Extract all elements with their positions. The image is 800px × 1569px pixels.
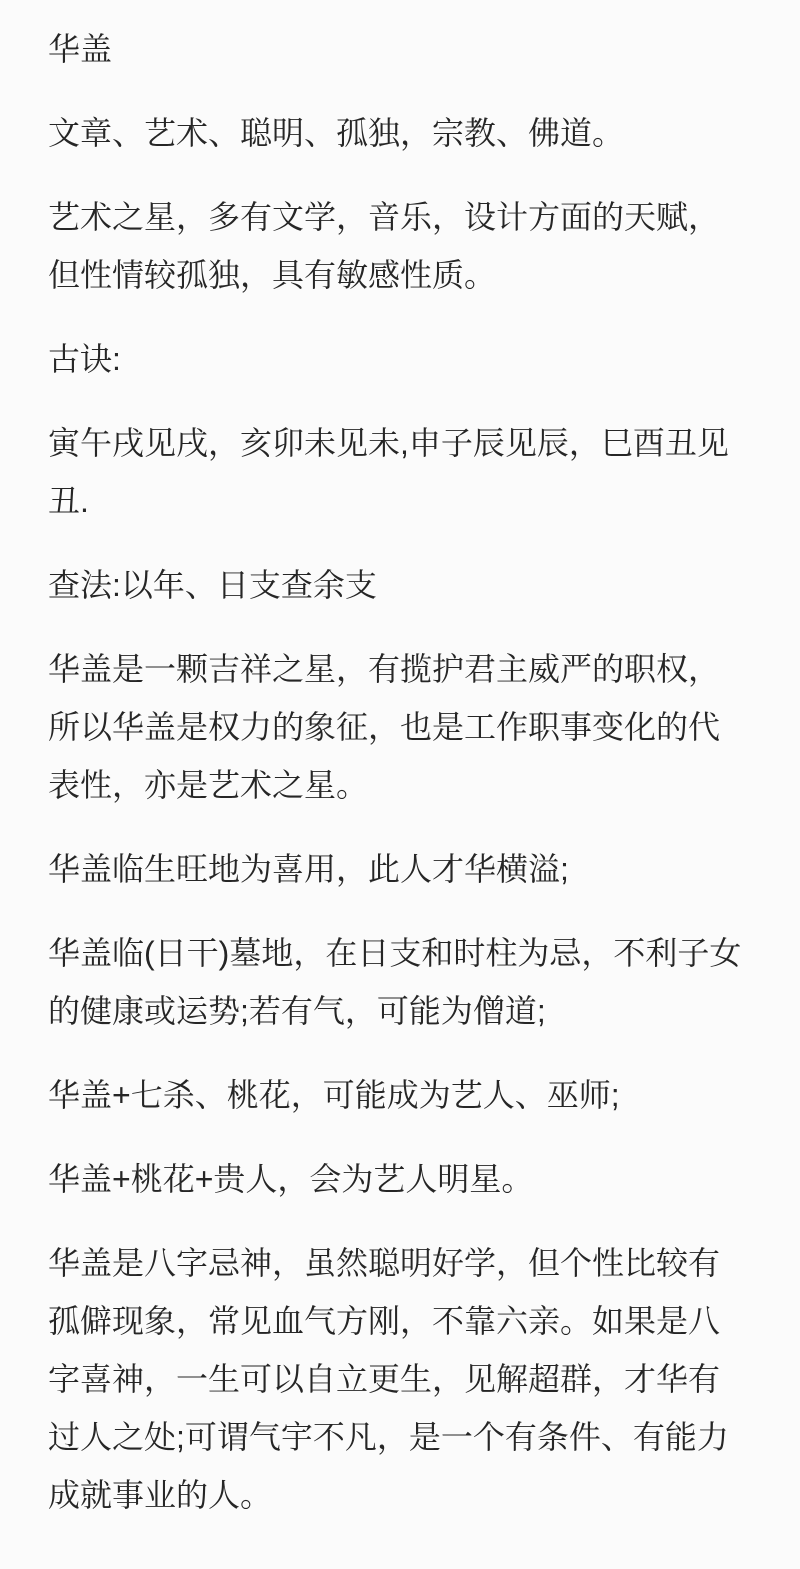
article-body: 文章、艺术、聪明、孤独，宗教、佛道。艺术之星，多有文学，音乐，设计方面的天赋，但… (48, 104, 750, 1524)
paragraph-3: 古诀: (48, 330, 750, 388)
paragraph-11: 华盖是八字忌神，虽然聪明好学，但个性比较有孤僻现象，常见血气方刚，不靠六亲。如果… (48, 1234, 750, 1524)
paragraph-4: 寅午戌见戌，亥卯未见未,申子辰见辰，巳酉丑见丑. (48, 414, 750, 530)
paragraph-6: 华盖是一颗吉祥之星，有揽护君主威严的职权，所以华盖是权力的象征，也是工作职事变化… (48, 640, 750, 814)
paragraph-5: 查法:以年、日支查余支 (48, 556, 750, 614)
paragraph-2: 艺术之星，多有文学，音乐，设计方面的天赋，但性情较孤独，具有敏感性质。 (48, 188, 750, 304)
paragraph-1: 文章、艺术、聪明、孤独，宗教、佛道。 (48, 104, 750, 162)
paragraph-7: 华盖临生旺地为喜用，此人才华横溢; (48, 840, 750, 898)
paragraph-9: 华盖+七杀、桃花，可能成为艺人、巫师; (48, 1066, 750, 1124)
article: 华盖 文章、艺术、聪明、孤独，宗教、佛道。艺术之星，多有文学，音乐，设计方面的天… (0, 0, 800, 1569)
paragraph-8: 华盖临(日干)墓地，在日支和时柱为忌，不利子女的健康或运势;若有气，可能为僧道; (48, 924, 750, 1040)
article-title: 华盖 (48, 20, 750, 78)
paragraph-10: 华盖+桃花+贵人，会为艺人明星。 (48, 1150, 750, 1208)
